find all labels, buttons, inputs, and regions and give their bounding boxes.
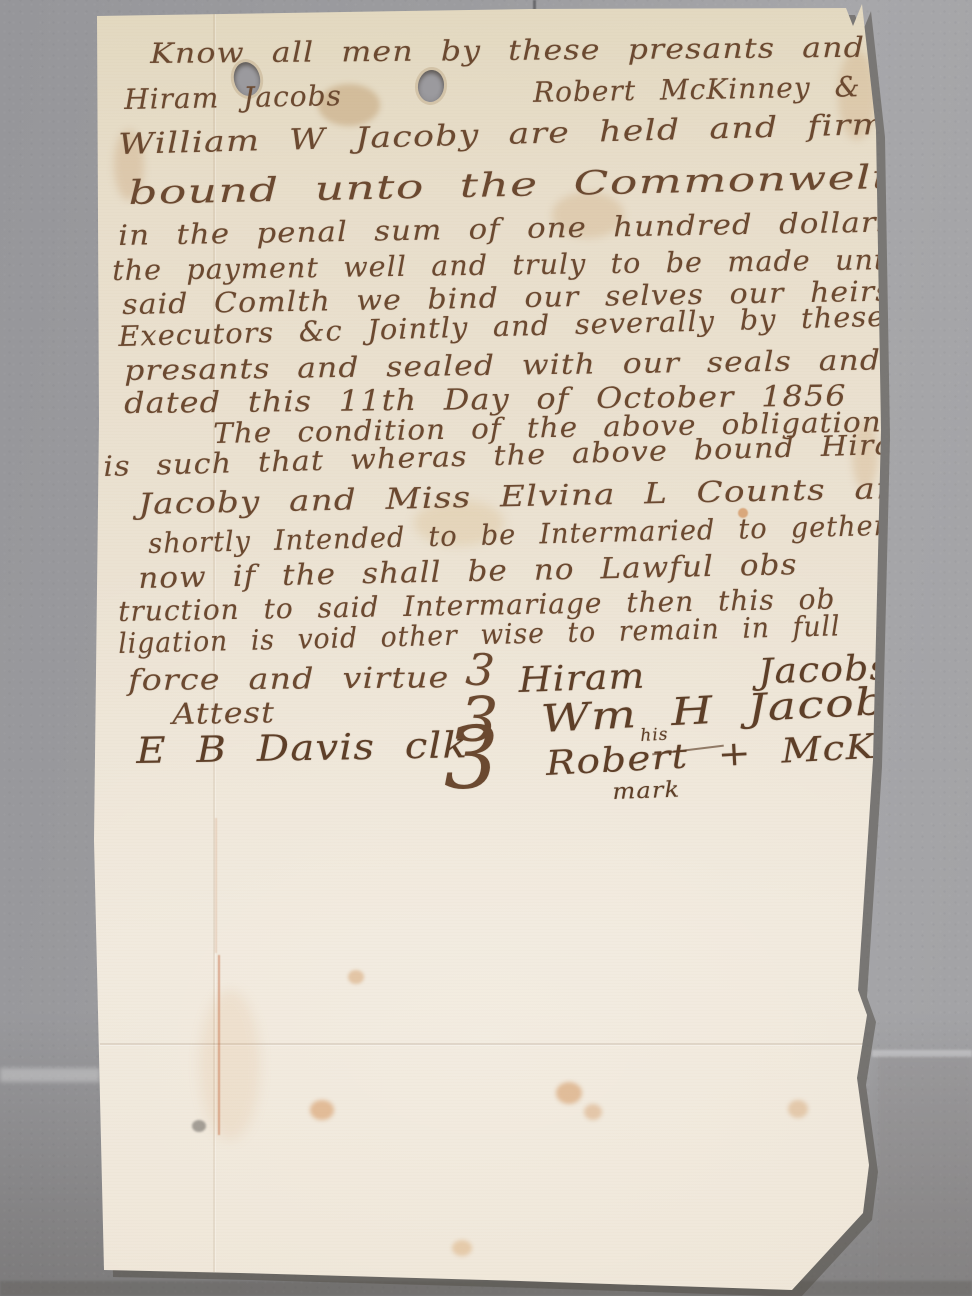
his-mark-label-his: his bbox=[640, 727, 669, 745]
his-mark-cross: + bbox=[717, 733, 753, 775]
document-paper: Know all men by these presants and weHir… bbox=[0, 0, 972, 1296]
stain bbox=[452, 1240, 472, 1256]
clerk-signature: E B Davis clk bbox=[136, 728, 468, 770]
attest-label: Attest bbox=[172, 698, 275, 729]
photo-frame: Know all men by these presants and weHir… bbox=[0, 0, 972, 1296]
background-panel-right bbox=[878, 1056, 972, 1296]
stain bbox=[556, 1082, 582, 1104]
stain bbox=[192, 1120, 206, 1132]
ink-streak-faint bbox=[215, 818, 217, 953]
handwritten-line: Know all men by these presants and we bbox=[150, 33, 940, 68]
stain bbox=[200, 990, 260, 1140]
stain bbox=[310, 1100, 334, 1120]
background-seam-left bbox=[0, 1068, 100, 1082]
brace-flourish: 3 bbox=[444, 716, 499, 802]
handwritten-line: force and virtue bbox=[128, 663, 450, 695]
stain bbox=[788, 1100, 808, 1118]
his-mark-label-mark: mark bbox=[612, 780, 681, 804]
stain bbox=[584, 1104, 602, 1120]
stain bbox=[348, 970, 364, 984]
